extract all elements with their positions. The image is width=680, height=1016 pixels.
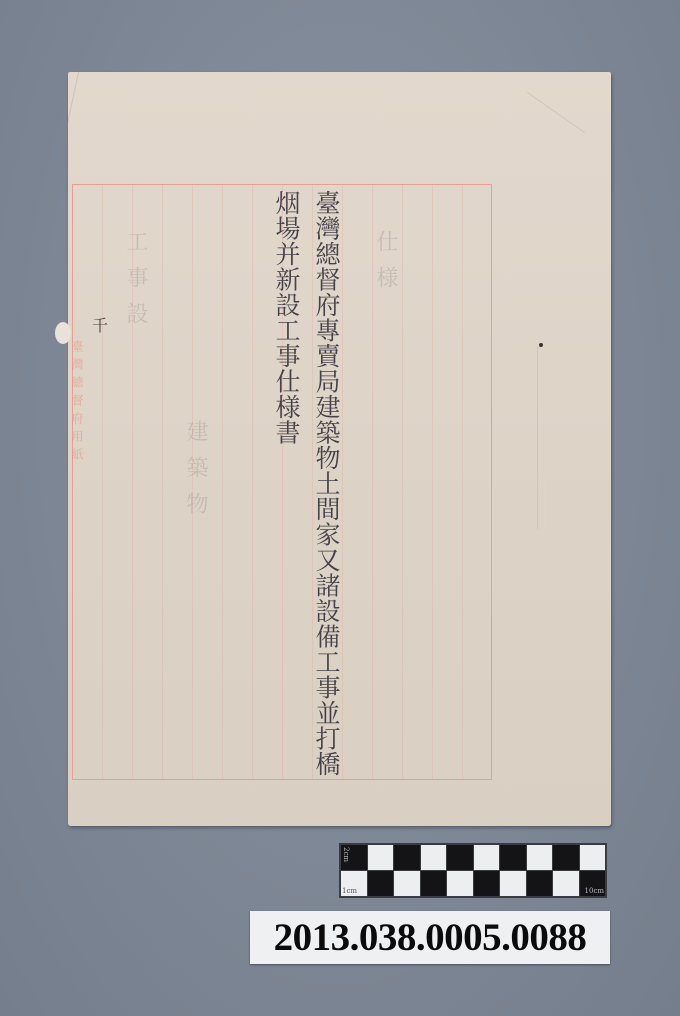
scale-label-10cm: 10cm [585, 887, 604, 895]
scale-cell [368, 845, 394, 870]
scale-cell [474, 871, 500, 896]
document-title: 臺灣總督府專賣局建築物土間家又諸設備工事並打橋烟場并新設工事仕様書 [300, 190, 346, 780]
scale-cell [580, 845, 606, 870]
scale-cell [527, 845, 553, 870]
bleed-through-text: 工事設 [120, 230, 151, 338]
bleed-through-text: 建築物 [180, 420, 211, 528]
scale-label-2cm: 2cm [342, 847, 350, 862]
scale-cell [553, 871, 579, 896]
binding-string [537, 345, 545, 530]
scale-cell [447, 845, 473, 870]
scale-cell: 1cm [341, 871, 367, 896]
scale-cell [474, 845, 500, 870]
scale-label-1cm: 1cm [342, 887, 357, 895]
accession-number-label: 2013.038.0005.0088 [250, 911, 610, 964]
margin-printed-text: 臺灣總督府用紙 [72, 340, 86, 760]
scale-cell [500, 871, 526, 896]
scale-cell [368, 871, 394, 896]
scale-cell [527, 871, 553, 896]
scale-cell [500, 845, 526, 870]
scale-cell [553, 845, 579, 870]
bleed-through-text: 仕様 [370, 230, 401, 302]
scale-cell [447, 871, 473, 896]
scale-cell [421, 845, 447, 870]
scale-cell: 2cm [341, 845, 367, 870]
color-scale-bar: 2cm 1cm 10cm [339, 843, 607, 898]
scale-cell [394, 845, 420, 870]
scale-cell [394, 871, 420, 896]
scale-cell [421, 871, 447, 896]
scale-cell: 10cm [580, 871, 606, 896]
paper-crease [527, 92, 585, 133]
